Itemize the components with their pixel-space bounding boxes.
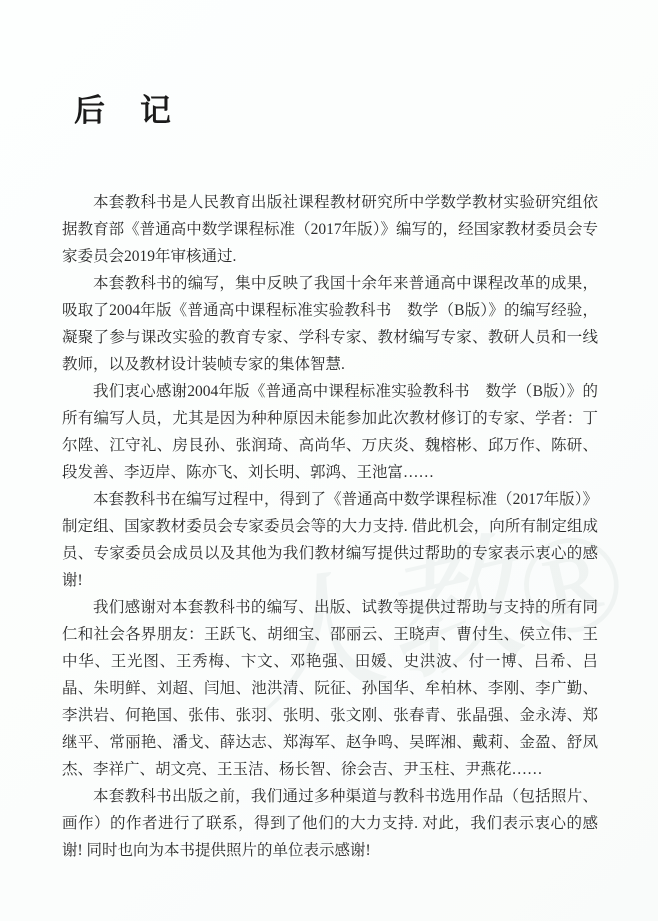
paragraph-editing-background: 本套教科书的编写，集中反映了我国十余年来普通高中课程改革的成果，吸取了2004年…: [62, 270, 598, 378]
paragraph-thanks-artwork-authors: 本套教科书出版之前，我们通过多种渠道与教科书选用作品（包括照片、画作）的作者进行…: [62, 783, 598, 864]
paragraph-thanks-contributors: 我们感谢对本套教科书的编写、出版、试教等提供过帮助与支持的所有同仁和社会各界朋友…: [62, 594, 598, 783]
paragraph-thanks-former-editors: 我们衷心感谢2004年版《普通高中课程标准实验教科书 数学（B版）》的所有编写人…: [62, 378, 598, 486]
page-title: 后 记: [74, 85, 173, 130]
paragraph-intro: 本套教科书是人民教育出版社课程教材研究所中学数学教材实验研究组依据教育部《普通高…: [62, 189, 598, 270]
paragraph-thanks-committees: 本套教科书在编写过程中，得到了《普通高中数学课程标准（2017年版）》制定组、国…: [62, 486, 598, 594]
afterword-body: 本套教科书是人民教育出版社课程教材研究所中学数学教材实验研究组依据教育部《普通高…: [62, 189, 598, 864]
document-page: 人教® 后 记 本套教科书是人民教育出版社课程教材研究所中学数学教材实验研究组依…: [0, 0, 658, 921]
